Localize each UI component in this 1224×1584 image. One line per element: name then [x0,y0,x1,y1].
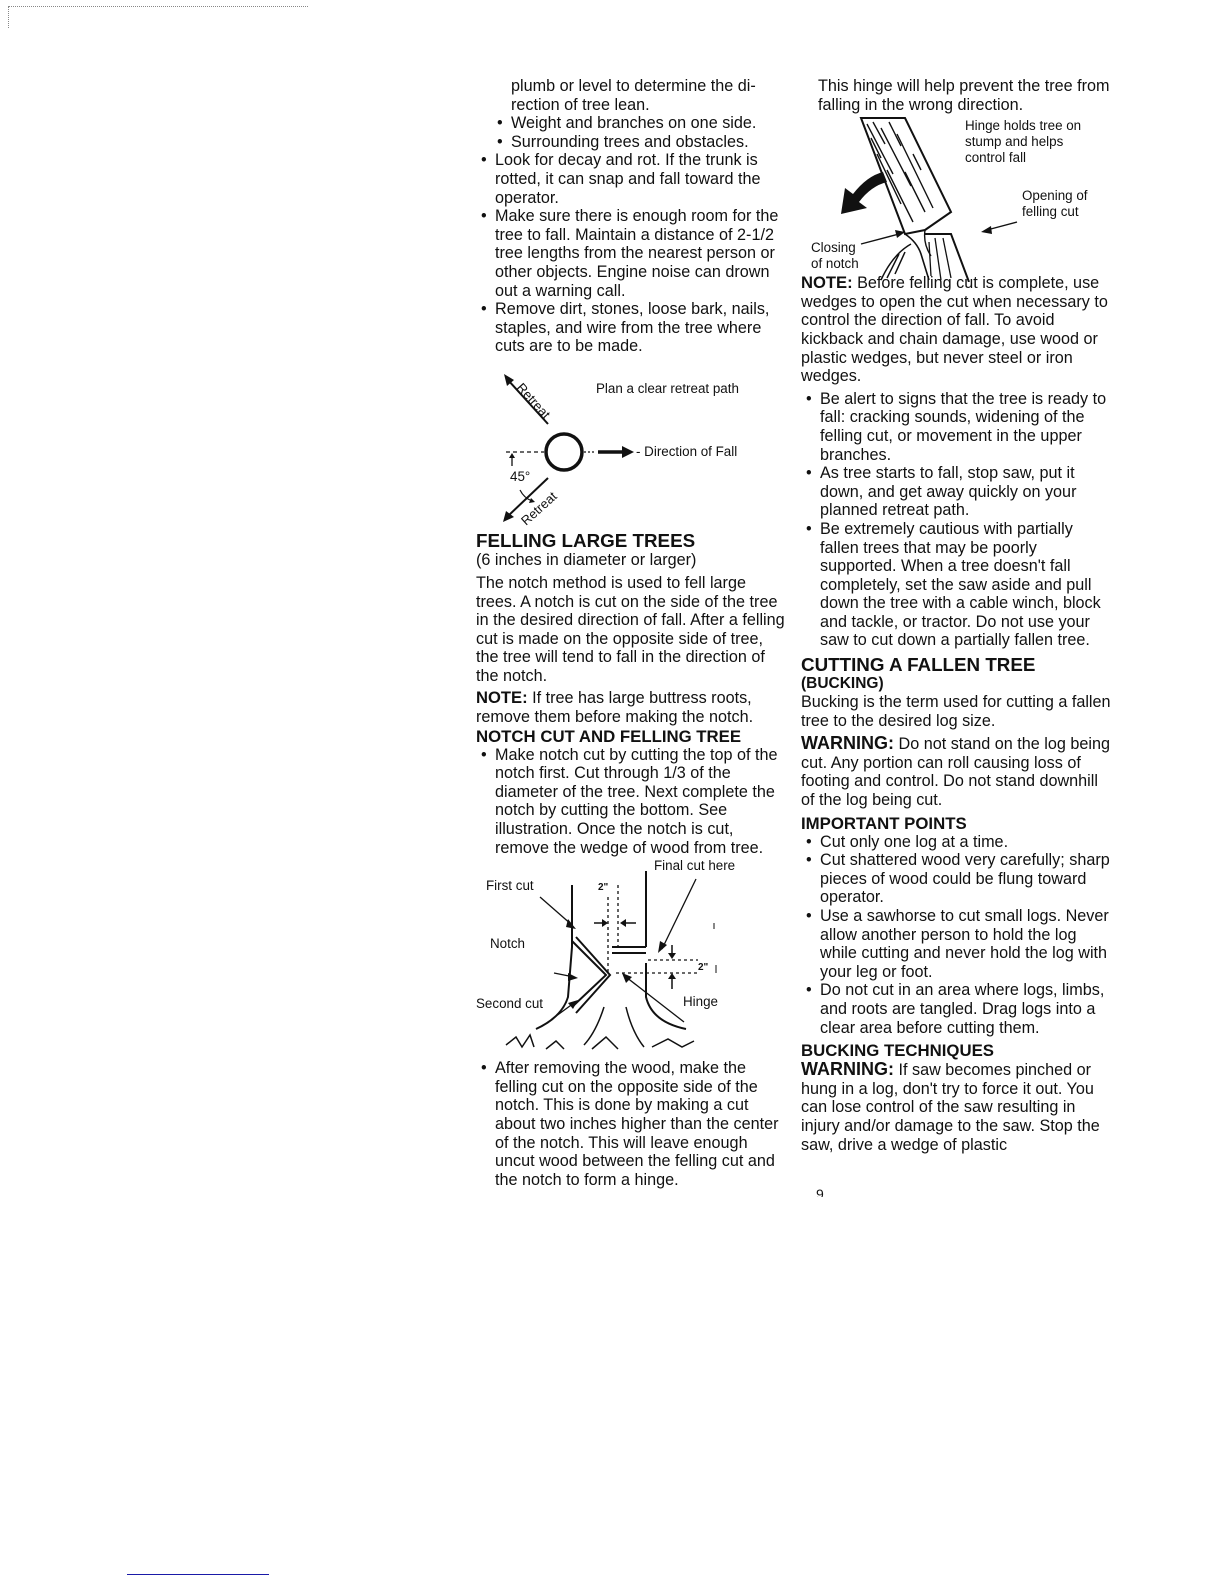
list-item: Look for decay and rot. If the trunk is … [476,151,788,207]
warning-lead: WARNING: [801,733,894,753]
hinge-figure: Hinge holds tree on stump and helps cont… [801,114,1113,282]
scan-border-left [8,6,9,28]
scan-border-top [8,6,308,7]
list-item: Cut shattered wood very carefully; sharp… [801,851,1113,907]
svg-text:Retreat: Retreat [514,380,554,422]
notch-heading: NOTCH CUT AND FELLING TREE [476,727,788,746]
opening-label: Opening of felling cut [1022,188,1088,220]
list-item: Make notch cut by cutting the top of the… [476,746,788,858]
felling-body: The notch method is used to fell large t… [476,574,788,686]
notch-label: Notch [490,937,525,952]
list-item: Make sure there is enough room for the t… [476,207,788,300]
bucking-body: Bucking is the term used for cutting a f… [801,693,1113,730]
second-cut-label: Second cut [476,997,543,1012]
felling-subheading: (6 inches in diameter or larger) [476,551,788,570]
bucking-subheading: (BUCKING) [801,675,1113,693]
sub-bullet-list: Weight and branches on one side. Surroun… [476,114,788,151]
retreat-path-figure: Retreat Retreat Plan a clear retreat pat… [476,366,788,534]
felling-note: NOTE: If tree has large buttress roots, … [476,689,788,726]
note-lead: NOTE: [476,688,528,707]
bucking-heading: CUTTING A FALLEN TREE [801,654,1113,675]
retreat-caption: Plan a clear retreat path [596,382,739,397]
scan-rule [127,1574,269,1575]
bucking-warning-2: WARNING: If saw becomes pinched or hung … [801,1060,1113,1154]
page-number: 9 [816,1189,824,1197]
right-note: NOTE: Before felling cut is complete, us… [801,274,1113,386]
important-bullet-list: Cut only one log at a time. Cut shattere… [801,833,1113,1038]
list-item: Cut only one log at a time. [801,833,1113,852]
intro-line-2: rection of tree lean. [476,96,788,115]
right-column: This hinge will help prevent the tree fr… [801,77,1113,1154]
list-item: Remove dirt, stones, loose bark, nails, … [476,300,788,356]
list-item: Do not cut in an area where logs, limbs,… [801,981,1113,1037]
bucking-techniques-heading: BUCKING TECHNIQUES [801,1041,1113,1060]
important-points-heading: IMPORTANT POINTS [801,814,1113,833]
closing-label: Closing of notch [811,240,859,272]
bucking-warning: WARNING: Do not stand on the log being c… [801,734,1113,809]
list-item: After removing the wood, make the fellin… [476,1059,788,1189]
list-item: As tree starts to fall, stop saw, put it… [801,464,1113,520]
notch-bullet-list: Make notch cut by cutting the top of the… [476,746,788,858]
svg-text:Retreat: Retreat [518,488,560,528]
left-column: plumb or level to determine the di- rect… [476,77,788,1189]
hinge-holds-label: Hinge holds tree on stump and helps cont… [965,118,1081,166]
first-cut-label: First cut [486,879,534,894]
hinge-intro: This hinge will help prevent the tree fr… [801,77,1113,114]
angle-label: 45° [510,470,530,485]
list-item: Weight and branches on one side. [476,114,788,133]
after-bullet-list: After removing the wood, make the fellin… [476,1059,788,1189]
direction-of-fall-label: - Direction of Fall [636,445,737,460]
list-item: Be alert to signs that the tree is ready… [801,390,1113,464]
dimension-right-label: 2" [698,961,708,976]
bullet-list: Look for decay and rot. If the trunk is … [476,151,788,356]
final-cut-label: Final cut here [654,859,735,874]
hinge-label: Hinge [683,995,718,1010]
list-item: Surrounding trees and obstacles. [476,133,788,152]
notch-cut-figure: Final cut here First cut Notch Second cu… [476,857,788,1057]
warning-lead: WARNING: [801,1059,894,1079]
dimension-top-label: 2" [598,881,608,896]
right-bullet-list: Be alert to signs that the tree is ready… [801,390,1113,650]
list-item: Use a sawhorse to cut small logs. Never … [801,907,1113,981]
intro-line-1: plumb or level to determine the di- [476,77,788,96]
list-item: Be extremely cautious with partially fal… [801,520,1113,650]
